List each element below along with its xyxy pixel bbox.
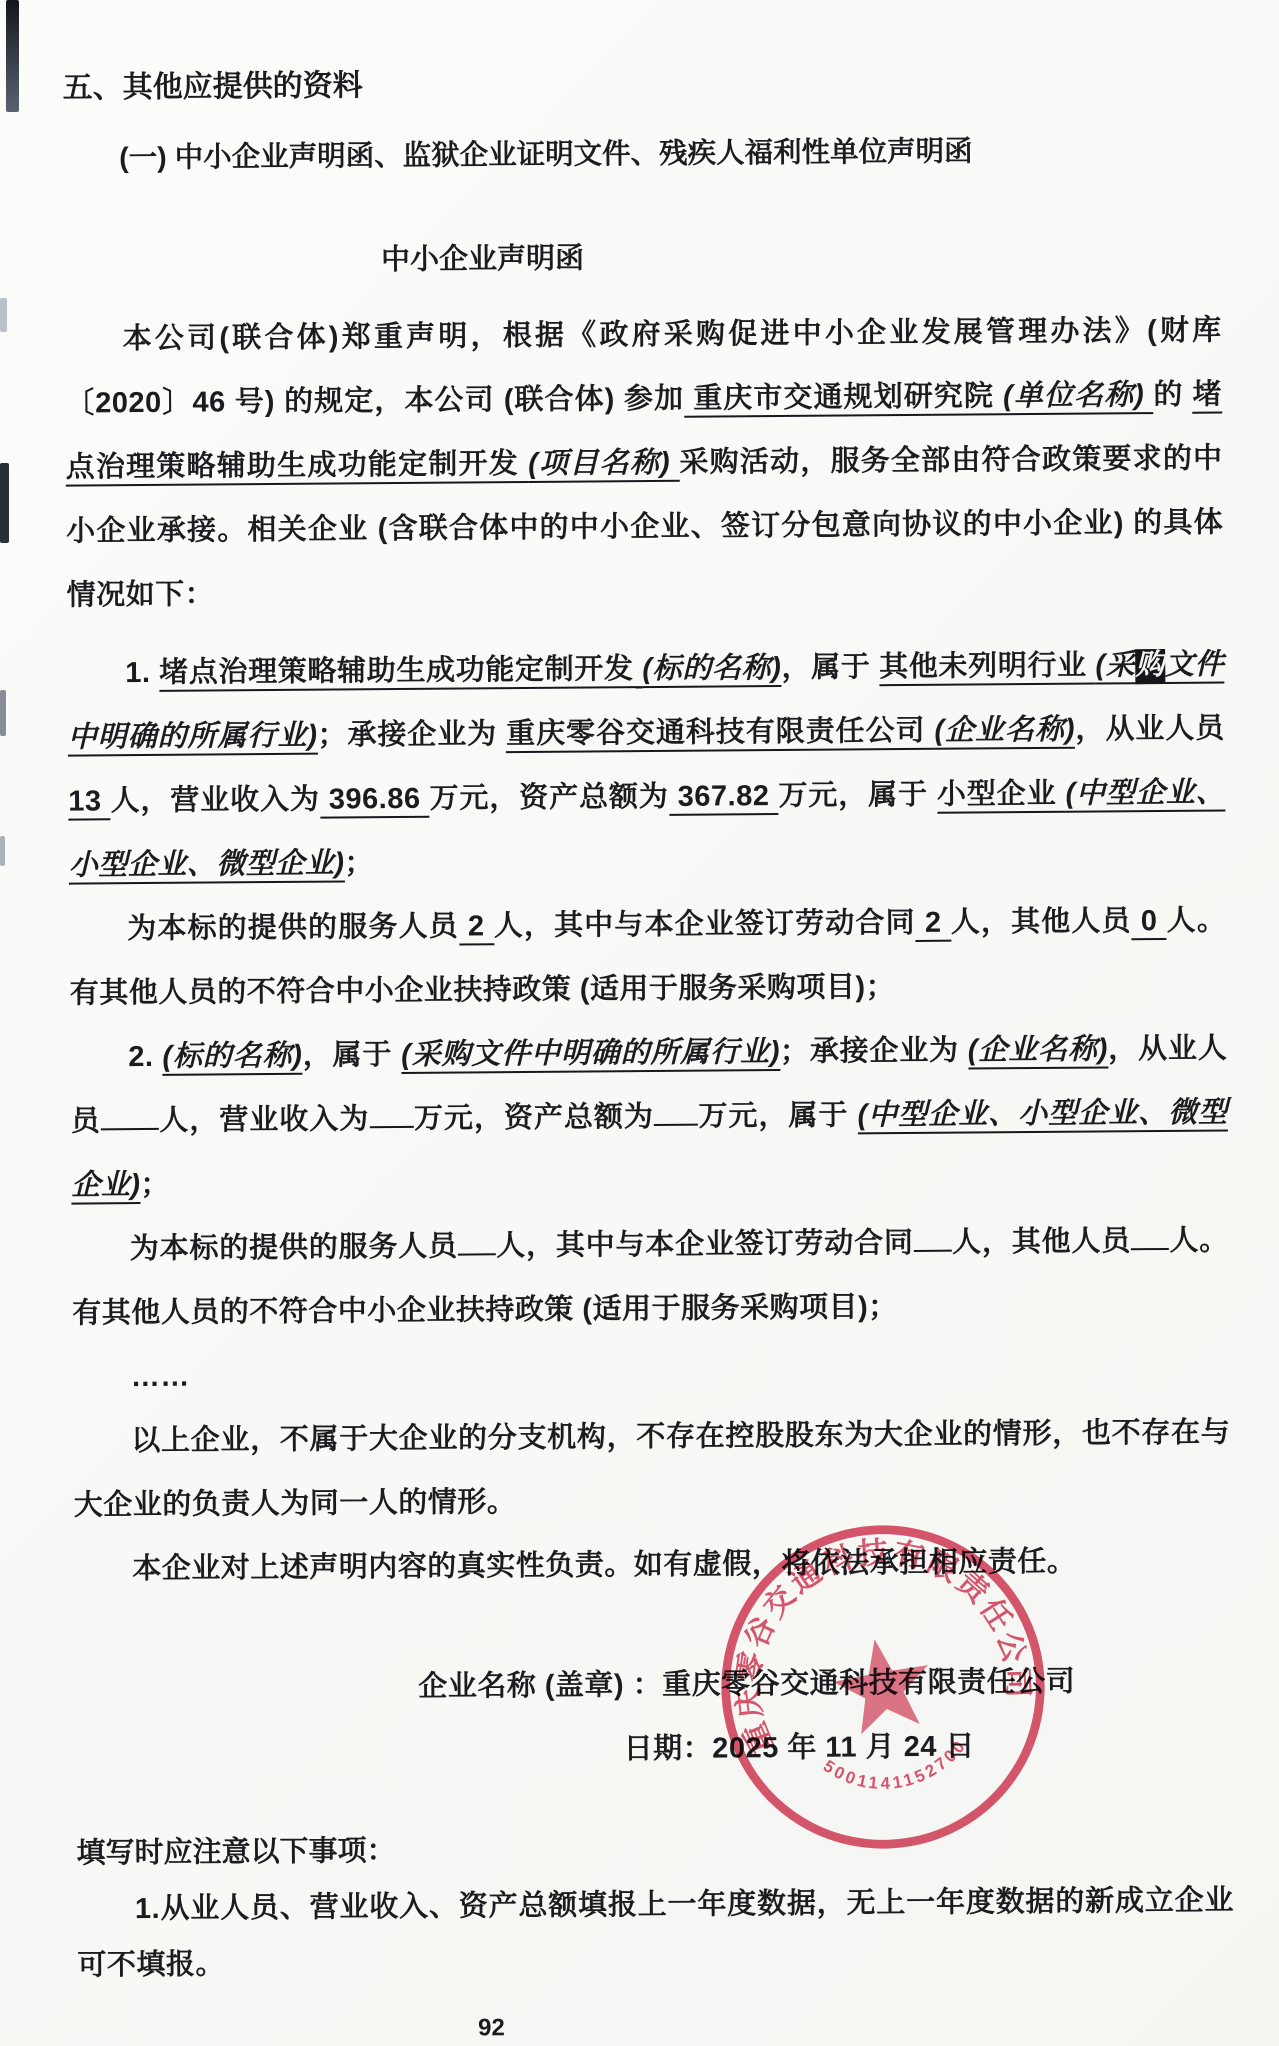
- signature-company-name: 重庆零谷交通科技有限责任公司: [662, 1666, 1075, 1701]
- text-run: 为本标的提供的服务人员: [130, 1231, 458, 1266]
- form-field-value: 其他未列明行业: [879, 650, 1096, 687]
- text-run: ；承接企业为: [317, 718, 506, 751]
- text-run: 万元，资产总额为: [429, 781, 669, 815]
- form-field-value: [101, 1097, 159, 1130]
- signature-company-line: 企业名称 (盖章) ：重庆零谷交通科技有限责任公司: [418, 1648, 1232, 1718]
- form-field-value: [1131, 1218, 1169, 1251]
- text-run: 人，其中与本企业签订劳动合同: [494, 907, 916, 942]
- notes-heading: 填写时应注意以下事项：: [76, 1816, 1233, 1881]
- form-field-value: 2: [459, 910, 494, 945]
- form-field-value: 重庆市交通规划研究院: [684, 380, 1003, 418]
- form-field-value: 367.82: [669, 780, 779, 816]
- form-field-value: (标的名称): [642, 652, 781, 688]
- form-field-value: (标的名称): [162, 1040, 302, 1076]
- form-field-value: 小型企业: [937, 778, 1066, 814]
- form-field-value: [369, 1095, 413, 1128]
- signature-date-line: 日期：2025 年 11 月 24 日: [623, 1712, 1232, 1781]
- text-run: 万元，资产总额为: [413, 1101, 654, 1135]
- form-field-value: (项目名称): [528, 447, 679, 483]
- form-field-value: 购: [1135, 649, 1165, 684]
- paragraph-item-2: 2. (标的名称)，属于 (采购文件中明确的所属行业)；承接企业为 (企业名称)…: [70, 1017, 1228, 1218]
- form-field-value: (采购文件中明确的所属行业): [401, 1036, 780, 1074]
- note-1: 1.从业人员、营业收入、资产总额填报上一年度数据，无上一年度数据的新成立企业可不…: [77, 1872, 1235, 1993]
- paragraph-item-1-service: 为本标的提供的服务人员 2 人，其中与本企业签订劳动合同 2 人，其他人员 0 …: [69, 889, 1227, 1026]
- text-run: 人，其他人员: [952, 1225, 1132, 1258]
- form-field-value: [458, 1223, 496, 1256]
- paragraph-closing-2: 本企业对上述声明内容的真实性负责。如有虚假，将依法承担相应责任。: [74, 1529, 1231, 1602]
- text-run: 人，营业收入为: [159, 1103, 370, 1137]
- form-field-value: (企业名称): [968, 1033, 1108, 1069]
- document-title: 中小企业声明函: [64, 233, 1221, 284]
- form-field-value: 396.86: [320, 783, 430, 819]
- scan-artifact: [0, 836, 5, 866]
- form-field-value: (采: [1095, 649, 1135, 684]
- section-heading: 五、其他应提供的资料: [63, 59, 1220, 110]
- form-field-value: 0: [1131, 905, 1166, 940]
- paragraph-closing-1: 以上企业，不属于大企业的分支机构，不存在控股股东为大企业的情形，也不存在与大企业…: [73, 1401, 1231, 1538]
- paragraph-declaration-intro: 本公司(联合体)郑重声明，根据《政府采购促进中小企业发展管理办法》(财库〔202…: [64, 299, 1223, 628]
- text-run: ；: [140, 1169, 170, 1201]
- form-field-value: 重庆零谷交通科技有限责任公司: [506, 715, 935, 753]
- text-run: 人，其中与本企业签订劳动合同: [496, 1227, 914, 1262]
- text-run: ，从业人员: [1075, 713, 1225, 746]
- text-run: 万元，属于: [698, 1099, 858, 1132]
- text-run: 万元，属于: [778, 779, 937, 812]
- scan-artifact: [0, 690, 6, 736]
- scanned-document-page: 五、其他应提供的资料 (一) 中小企业声明函、监狱企业证明文件、残疾人福利性单位…: [0, 0, 1279, 2046]
- scan-artifact-top-left: [6, 0, 19, 112]
- form-field-value: [654, 1093, 698, 1126]
- text-run: ；承接企业为: [780, 1035, 968, 1068]
- document-content: 五、其他应提供的资料 (一) 中小企业声明函、监狱企业证明文件、残疾人福利性单位…: [62, 0, 1235, 2046]
- sub-heading: (一) 中小企业声明函、监狱企业证明文件、残疾人福利性单位声明函: [119, 129, 1220, 180]
- text-run: 1.: [125, 657, 159, 689]
- scan-artifact: [0, 298, 7, 332]
- scan-artifact: [0, 463, 9, 543]
- text-run: ；: [344, 847, 374, 879]
- text-run: 2.: [128, 1041, 162, 1073]
- page-number: 92: [78, 2008, 1235, 2045]
- paragraph-item-1: 1. 堵点治理策略辅助生成功能定制开发 (标的名称)，属于 其他未列明行业 (采…: [67, 633, 1226, 898]
- paragraph-ellipsis: ……: [73, 1337, 1230, 1410]
- form-field-value: [914, 1219, 952, 1252]
- text-run: 的: [1153, 379, 1192, 411]
- signature-company-label: 企业名称 (盖章) ：: [418, 1669, 662, 1703]
- form-field-value: (单位名称): [1003, 379, 1154, 415]
- text-run: 为本标的提供的服务人员: [127, 911, 459, 946]
- form-field-value: 堵点治理策略辅助生成功能定制开发: [159, 653, 642, 692]
- form-field-value: 2: [916, 907, 951, 942]
- text-run: 人，其他人员: [951, 905, 1132, 938]
- paragraph-item-2-service: 为本标的提供的服务人员人，其中与本企业签订劳动合同人，其他人员人。有其他人员的不…: [72, 1209, 1230, 1346]
- text-run: ，属于: [302, 1039, 401, 1072]
- text-run: ，属于: [781, 651, 879, 684]
- text-run: 人，营业收入为: [110, 784, 320, 818]
- form-field-value: (企业名称): [934, 714, 1075, 750]
